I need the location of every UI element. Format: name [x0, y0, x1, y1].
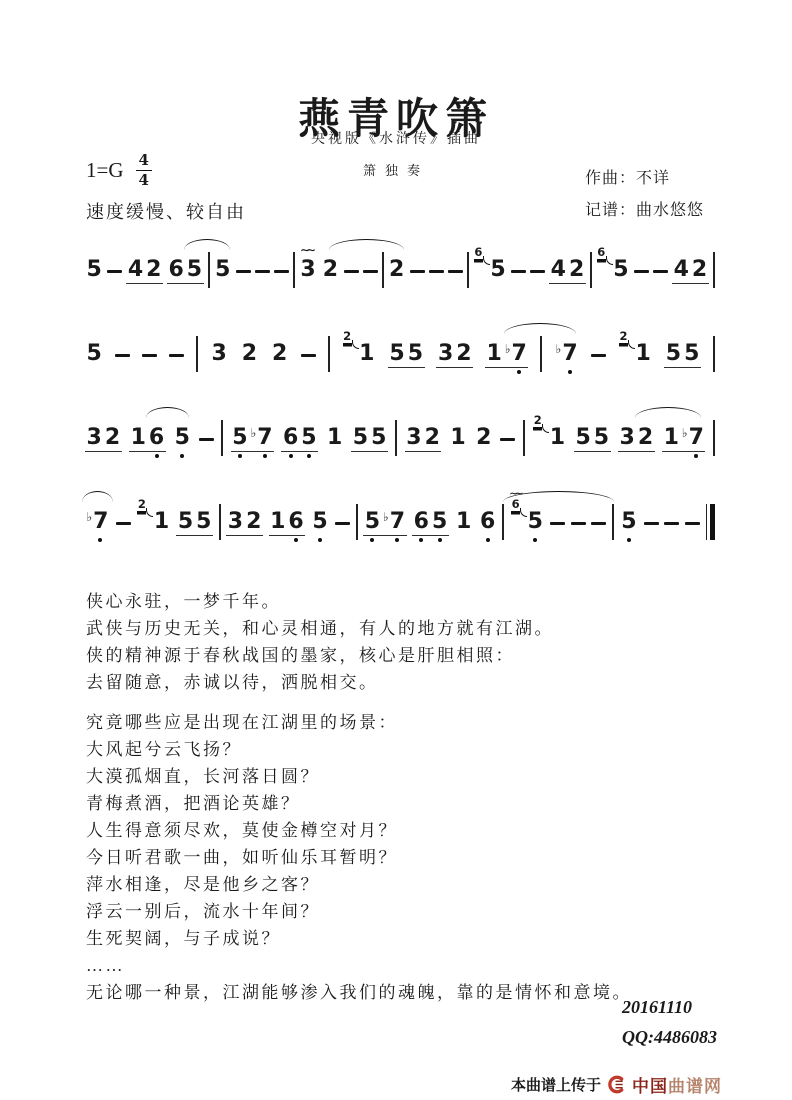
note-digit: 3	[436, 343, 454, 365]
flat-icon: ♭	[251, 426, 257, 440]
note: 1	[449, 427, 467, 453]
note: 42	[672, 259, 709, 285]
octave-dot	[486, 538, 490, 542]
note-digit: 5	[231, 427, 249, 449]
note-digit: 2	[636, 427, 654, 449]
upload-note: 本曲谱上传于	[511, 1074, 601, 1095]
flat-icon: ♭	[505, 342, 511, 356]
octave-dot	[318, 538, 322, 542]
text-line: 侠的精神源于春秋战国的墨家，核心是肝胆相照：	[86, 642, 632, 669]
note-digit: 2	[240, 343, 258, 365]
grace-note: 2	[137, 499, 153, 513]
dash-note	[236, 270, 251, 273]
octave-dot	[419, 538, 423, 542]
score-line: ♭72155321655♭76516∼∼655	[85, 482, 715, 540]
note-digit: 5	[489, 259, 507, 281]
note-digit: 5	[300, 427, 318, 449]
note-digit: ♭7	[554, 343, 579, 365]
key-label: 1=G	[86, 158, 124, 183]
slur-arc	[146, 407, 190, 418]
octave-dot	[568, 370, 572, 374]
note: 1	[326, 427, 344, 453]
note-digit: 5	[430, 511, 448, 533]
text-line: 萍水相逢，尽是他乡之客？	[86, 871, 632, 898]
note-digit: 5	[620, 511, 638, 533]
text-line: 青梅煮酒，把酒论英雄？	[86, 790, 632, 817]
note: 1♭7	[485, 343, 528, 369]
note: 5	[214, 259, 232, 285]
final-barline	[706, 504, 715, 540]
octave-dot	[294, 538, 298, 542]
octave-dot	[98, 538, 102, 542]
note-digit: 2	[423, 427, 441, 449]
dash-note	[530, 270, 545, 273]
text-line: 生死契阔，与子成说？	[86, 925, 632, 952]
time-signature-denominator: 4	[136, 171, 152, 188]
note: 2	[321, 259, 339, 285]
note-digit: 4	[126, 259, 144, 281]
barline	[293, 252, 295, 288]
note-digit: 3	[226, 511, 244, 533]
text-line: 去留随意，赤诚以待，洒脱相交。	[86, 669, 632, 696]
note-digit: 1	[548, 427, 566, 449]
dash-note	[410, 270, 425, 273]
octave-dot	[263, 454, 267, 458]
text-line: 无论哪一种景，江湖能够渗入我们的魂魄，靠的是情怀和意境。	[86, 979, 632, 1006]
flat-icon: ♭	[682, 426, 688, 440]
octave-dot	[627, 538, 631, 542]
score-line: 53222155321♭7♭72155	[85, 314, 715, 372]
dash-note	[115, 354, 130, 357]
note-digit: 5	[363, 511, 381, 533]
key-signature: 1=G 4 4	[86, 153, 152, 188]
dash-note	[107, 270, 122, 273]
note: ∼∼3	[299, 259, 317, 285]
note-digit: 6	[412, 511, 430, 533]
slur-arc	[82, 491, 113, 502]
score-line: 321655♭76515532122155321♭7	[85, 398, 715, 456]
slur-arc	[329, 239, 404, 250]
barline	[540, 336, 542, 372]
note: 21	[358, 343, 376, 369]
text-line: 浮云一别后，流水十年间？	[86, 898, 632, 925]
note: 3	[210, 343, 228, 369]
dash-note	[363, 270, 378, 273]
note: 5♭7	[363, 511, 406, 537]
note-digit: 5	[173, 427, 191, 449]
text-line: 究竟哪些应是出现在江湖里的场景：	[86, 709, 632, 736]
text-line: 侠心永驻，一梦千年。	[86, 588, 632, 615]
barline	[590, 252, 592, 288]
note: 32	[436, 343, 473, 369]
note: 2	[388, 259, 406, 285]
note: 5	[620, 511, 638, 537]
site-name-part1: 中国	[632, 1077, 668, 1096]
song-subtitle: 央视版《水浒传》插曲	[0, 128, 792, 148]
octave-dot	[517, 370, 521, 374]
note-digit: 2	[567, 259, 585, 281]
note-digit: 1	[358, 343, 376, 365]
note: 32	[618, 427, 655, 453]
credits: 作曲：不详 记谱：曲水悠悠	[585, 163, 704, 227]
dash-note	[644, 522, 659, 525]
note-digit: 5	[311, 511, 329, 533]
note: 21	[152, 511, 170, 537]
time-signature: 4 4	[136, 153, 152, 188]
barline	[467, 252, 469, 288]
barline	[502, 504, 504, 540]
dash-note	[448, 270, 463, 273]
tempo-marking: 速度缓慢、较自由	[86, 198, 246, 224]
octave-dot	[395, 538, 399, 542]
note: 32	[405, 427, 442, 453]
octave-dot	[438, 538, 442, 542]
text-line: 武侠与历史无关，和心灵相通，有人的地方就有江湖。	[86, 615, 632, 642]
dash-note	[301, 354, 316, 357]
grace-note: 6	[597, 247, 613, 261]
note: 42	[126, 259, 163, 285]
note-digit: 5	[85, 343, 103, 365]
barline	[612, 504, 614, 540]
note-digit: 3	[405, 427, 423, 449]
note-digit: 6	[281, 427, 299, 449]
grace-note: 2	[343, 331, 359, 345]
note-digit: 1	[485, 343, 503, 365]
score-tokens: 542655∼∼32265426542	[85, 252, 715, 284]
note: 1♭7	[662, 427, 705, 453]
note: 65	[489, 259, 507, 285]
dash-note	[116, 522, 131, 525]
note-digit: 4	[549, 259, 567, 281]
note: 1	[454, 511, 472, 537]
barline	[523, 420, 525, 456]
note: 2	[271, 343, 289, 369]
note-digit: 1	[454, 511, 472, 533]
barline	[219, 504, 221, 540]
note: 5	[85, 343, 103, 369]
note: ♭7	[85, 511, 110, 537]
flat-icon: ♭	[556, 342, 562, 356]
octave-dot	[694, 454, 698, 458]
barline	[713, 336, 715, 372]
text-line: 今日听君歌一曲，如听仙乐耳暂明？	[86, 844, 632, 871]
note-digit: 2	[455, 343, 473, 365]
dash-note	[511, 270, 526, 273]
dash-note	[591, 522, 606, 525]
barline	[382, 252, 384, 288]
text-line: 人生得意须尽欢，莫使金樽空对月？	[86, 817, 632, 844]
note-digit: 2	[245, 511, 263, 533]
note: 42	[549, 259, 586, 285]
dash-note	[255, 270, 270, 273]
note: 55	[664, 343, 701, 369]
note-digit: 5	[612, 259, 630, 281]
note: 5	[173, 427, 191, 453]
note: 32	[85, 427, 122, 453]
barline	[221, 420, 223, 456]
note-digit: 2	[103, 427, 121, 449]
dash-note	[344, 270, 359, 273]
barline	[208, 252, 210, 288]
note-digit: 5	[388, 343, 406, 365]
composer-credit: 作曲：不详	[585, 163, 704, 195]
trill-icon: ∼∼	[300, 243, 312, 258]
note-digit: 1	[326, 427, 344, 449]
dash-note	[591, 354, 606, 357]
note: 16	[129, 427, 166, 453]
flat-icon: ♭	[383, 510, 389, 524]
note-digit: 3	[618, 427, 636, 449]
grace-note: 2	[619, 331, 635, 345]
text-line: 大漠孤烟直，长河落日圆？	[86, 763, 632, 790]
note-digit: ♭7	[503, 343, 528, 365]
dash-note	[571, 522, 586, 525]
score-tokens: 321655♭76515532122155321♭7	[85, 420, 715, 452]
note-digit: 5	[85, 259, 103, 281]
slur-arc	[184, 239, 231, 250]
date-block: 20161110 QQ:4486083	[622, 992, 717, 1052]
note-digit: 5	[574, 427, 592, 449]
sheet-music-page: 燕青吹箫 央视版《水浒传》插曲 箫独奏 1=G 4 4 作曲：不详 记谱：曲水悠…	[0, 0, 792, 1100]
transcriber-credit: 记谱：曲水悠悠	[585, 195, 704, 227]
barline	[395, 420, 397, 456]
notes-text-block: 侠心永驻，一梦千年。武侠与历史无关，和心灵相通，有人的地方就有江湖。侠的精神源于…	[86, 588, 632, 1006]
dash-note	[142, 354, 157, 357]
note-digit: 5	[664, 343, 682, 365]
barline	[356, 504, 358, 540]
dash-note	[169, 354, 184, 357]
note-digit: 1	[449, 427, 467, 449]
site-name-part2: 曲谱网	[668, 1077, 722, 1096]
note-digit: 5	[185, 259, 203, 281]
note-digit: 2	[321, 259, 339, 281]
note-digit: 2	[690, 259, 708, 281]
note-digit: 2	[145, 259, 163, 281]
note: 55	[176, 511, 213, 537]
text-line: ……	[86, 952, 632, 979]
time-signature-numerator: 4	[136, 153, 152, 171]
flat-icon: ♭	[87, 510, 93, 524]
grace-note: 2	[533, 415, 549, 429]
octave-dot	[238, 454, 242, 458]
dash-note	[500, 438, 515, 441]
note-digit: 2	[475, 427, 493, 449]
note-digit: 6	[287, 511, 305, 533]
note-digit: 5	[683, 343, 701, 365]
note: 65	[281, 427, 318, 453]
score-tokens: ♭72155321655♭76516∼∼655	[85, 504, 715, 536]
site-footer: 本曲谱上传于 中国曲谱网	[511, 1072, 722, 1097]
barline	[328, 336, 330, 372]
note-digit: 3	[85, 427, 103, 449]
note-digit: 1	[152, 511, 170, 533]
note-digit: 1	[634, 343, 652, 365]
slur-arc	[635, 407, 701, 418]
note-digit: 2	[388, 259, 406, 281]
note-digit: 6	[478, 511, 496, 533]
dash-note	[634, 270, 649, 273]
note-digit: ♭7	[382, 511, 407, 533]
note-digit: 5	[195, 511, 213, 533]
barline	[713, 420, 715, 456]
note-digit: 3	[299, 259, 317, 281]
note: 21	[634, 343, 652, 369]
note-digit: ♭7	[680, 427, 705, 449]
dash-note	[664, 522, 679, 525]
text-line	[86, 696, 632, 709]
note: 2	[475, 427, 493, 453]
note: ♭7	[554, 343, 579, 369]
note: 5♭7	[231, 427, 274, 453]
qq-number: QQ:4486083	[622, 1022, 717, 1052]
note-digit: 3	[210, 343, 228, 365]
dash-note	[685, 522, 700, 525]
note: 55	[351, 427, 388, 453]
note-digit: 5	[406, 343, 424, 365]
note: 2	[240, 343, 258, 369]
note: 5	[85, 259, 103, 285]
note-digit: ♭7	[249, 427, 274, 449]
dash-note	[653, 270, 668, 273]
octave-dot	[155, 454, 159, 458]
note: ∼∼65	[526, 511, 544, 537]
note: 65	[167, 259, 204, 285]
note-digit: 4	[672, 259, 690, 281]
dash-note	[335, 522, 350, 525]
note: 6	[478, 511, 496, 537]
note: 32	[226, 511, 263, 537]
barline	[713, 252, 715, 288]
note-digit: 1	[662, 427, 680, 449]
dash-note	[550, 522, 565, 525]
note-digit: ♭7	[85, 511, 110, 533]
octave-dot	[307, 454, 311, 458]
note-digit: 5	[351, 427, 369, 449]
slur-arc	[504, 323, 576, 334]
site-logo-icon	[607, 1075, 626, 1094]
note-digit: 6	[147, 427, 165, 449]
text-line: 大风起兮云飞扬？	[86, 736, 632, 763]
score-tokens: 53222155321♭7♭72155	[85, 336, 715, 368]
octave-dot	[533, 538, 537, 542]
score-line: 542655∼∼32265426542	[85, 230, 715, 288]
note-digit: 5	[370, 427, 388, 449]
dash-note	[274, 270, 289, 273]
grace-note: 6	[474, 247, 490, 261]
note-digit: 1	[129, 427, 147, 449]
note-digit: 1	[269, 511, 287, 533]
note: 55	[388, 343, 425, 369]
octave-dot	[289, 454, 293, 458]
dash-note	[429, 270, 444, 273]
note: 65	[612, 259, 630, 285]
octave-dot	[370, 538, 374, 542]
octave-dot	[180, 454, 184, 458]
note-digit: 5	[176, 511, 194, 533]
music-score: 542655∼∼3226542654253222155321♭7♭7215532…	[85, 230, 715, 566]
note-digit: 6	[167, 259, 185, 281]
note: 16	[269, 511, 306, 537]
note-digit: 2	[271, 343, 289, 365]
note: 5	[311, 511, 329, 537]
upload-date: 20161110	[622, 992, 717, 1022]
note-digit: 5	[592, 427, 610, 449]
note: 65	[412, 511, 449, 537]
barline	[196, 336, 198, 372]
note-digit: 5	[526, 511, 544, 533]
note: 55	[574, 427, 611, 453]
note: 21	[548, 427, 566, 453]
dash-note	[199, 438, 214, 441]
note-digit: 5	[214, 259, 232, 281]
